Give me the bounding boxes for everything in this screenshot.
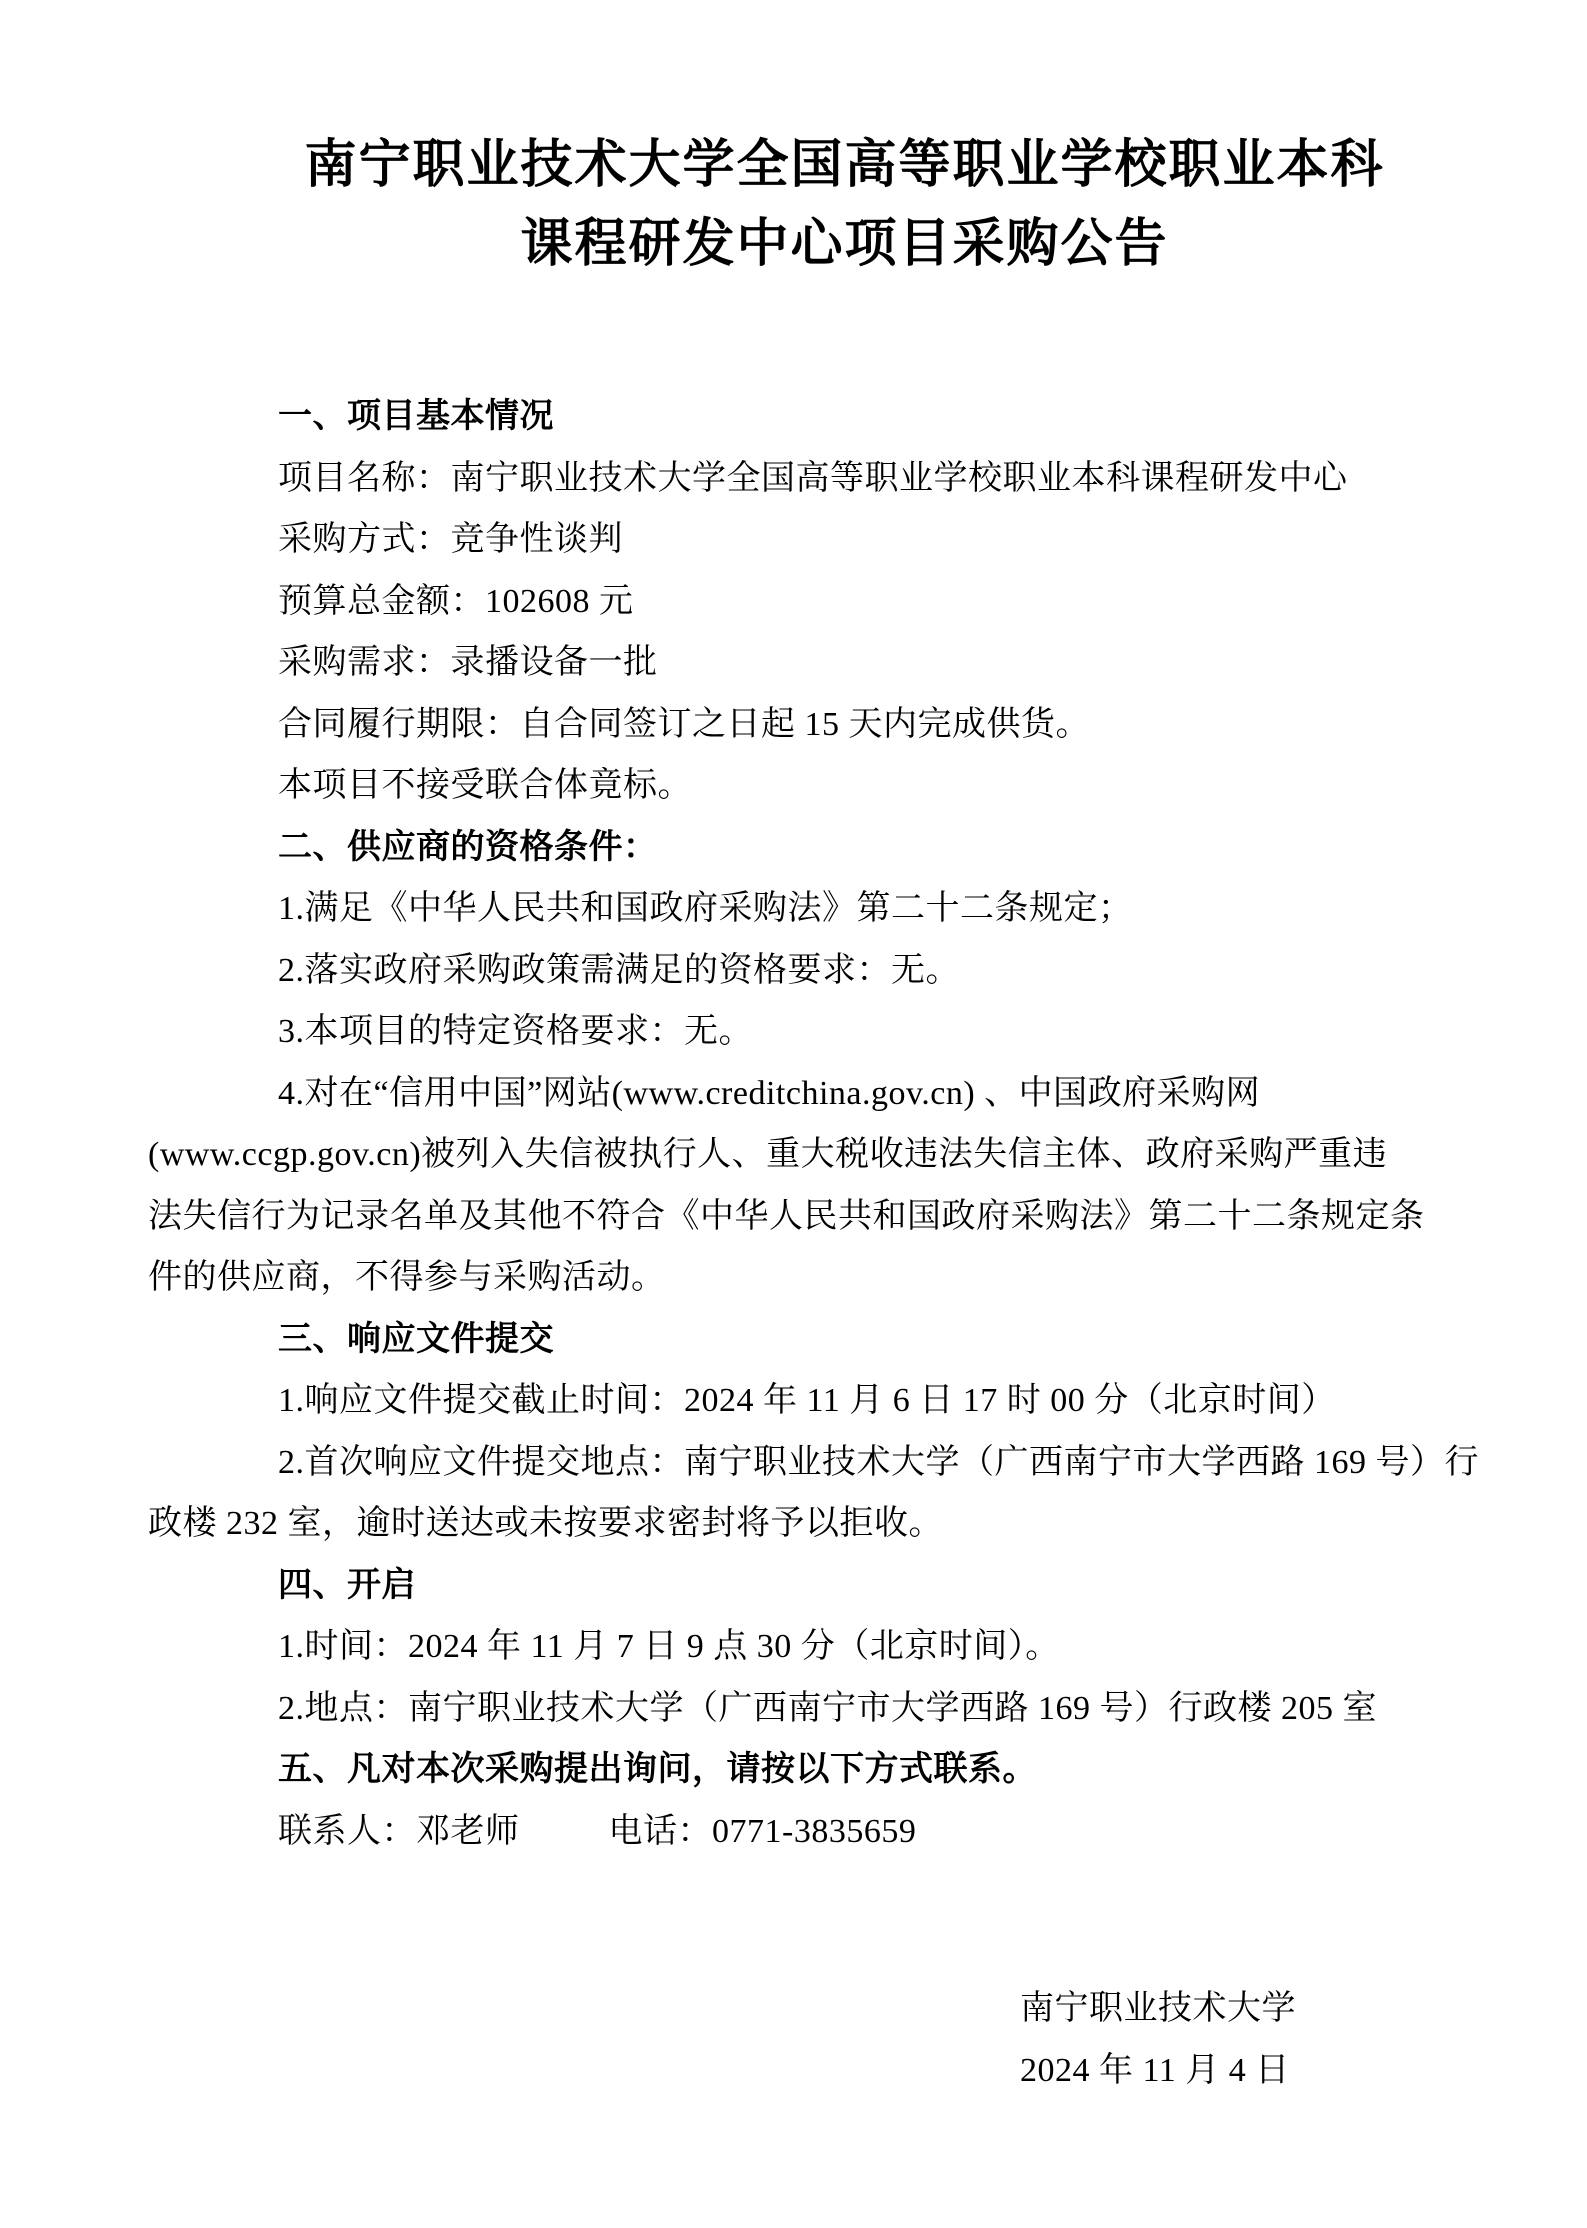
qualification-item-1: 1.满足《中华人民共和国政府采购法》第二十二条规定；: [148, 878, 1440, 940]
submission-place-line-2: 政楼 232 室，逾时送达或未按要求密封将予以拒收。: [148, 1493, 1440, 1555]
signature-block: 南宁职业技术大学 2024 年 11 月 4 日: [1020, 1978, 1286, 2102]
contact-line: 联系人：邓老师 电话：0771-3835659: [148, 1801, 1440, 1863]
opening-place-line: 2.地点：南宁职业技术大学（广西南宁市大学西路 169 号）行政楼 205 室: [148, 1678, 1440, 1740]
contact-phone: 电话：0771-3835659: [609, 1813, 917, 1850]
qualification-item-3: 3.本项目的特定资格要求：无。: [148, 1001, 1440, 1063]
document-body: 一、项目基本情况 项目名称：南宁职业技术大学全国高等职业学校职业本科课程研发中心…: [148, 386, 1440, 1862]
budget-total-line: 预算总金额：102608 元: [148, 571, 1440, 633]
title-line-2: 课程研发中心项目采购公告: [102, 205, 1587, 284]
section-2-heading: 二、供应商的资格条件：: [148, 817, 1440, 879]
qualification-item-4-line-1: 4.对在“信用中国”网站(www.creditchina.gov.cn) 、中国…: [148, 1063, 1440, 1125]
section-5-heading: 五、凡对本次采购提出询问，请按以下方式联系。: [148, 1739, 1440, 1801]
qualification-item-4-line-2: (www.ccgp.gov.cn)被列入失信被执行人、重大税收违法失信主体、政府…: [148, 1124, 1440, 1186]
contact-person: 联系人：邓老师: [278, 1813, 520, 1850]
submission-deadline-line: 1.响应文件提交截止时间：2024 年 11 月 6 日 17 时 00 分（北…: [148, 1370, 1440, 1432]
document-title: 南宁职业技术大学全国高等职业学校职业本科 课程研发中心项目采购公告: [0, 126, 1587, 284]
qualification-item-4-line-3: 法失信行为记录名单及其他不符合《中华人民共和国政府采购法》第二十二条规定条: [148, 1186, 1440, 1248]
contract-period-line: 合同履行期限：自合同签订之日起 15 天内完成供货。: [148, 694, 1440, 756]
title-line-1: 南宁职业技术大学全国高等职业学校职业本科: [102, 126, 1587, 205]
procurement-method-line: 采购方式：竞争性谈判: [148, 509, 1440, 571]
section-3-heading: 三、响应文件提交: [148, 1309, 1440, 1371]
procurement-demand-line: 采购需求：录播设备一批: [148, 632, 1440, 694]
signature-date: 2024 年 11 月 4 日: [1020, 2040, 1286, 2102]
procurement-notice-page: 南宁职业技术大学全国高等职业学校职业本科 课程研发中心项目采购公告 一、项目基本…: [0, 0, 1587, 2228]
qualification-item-2: 2.落实政府采购政策需满足的资格要求：无。: [148, 940, 1440, 1002]
section-4-heading: 四、开启: [148, 1555, 1440, 1617]
no-consortium-line: 本项目不接受联合体竟标。: [148, 755, 1440, 817]
signature-organization: 南宁职业技术大学: [1020, 1978, 1286, 2040]
submission-place-line-1: 2.首次响应文件提交地点：南宁职业技术大学（广西南宁市大学西路 169 号）行: [148, 1432, 1440, 1494]
section-1-heading: 一、项目基本情况: [148, 386, 1440, 448]
qualification-item-4-line-4: 件的供应商，不得参与采购活动。: [148, 1247, 1440, 1309]
project-name-line: 项目名称：南宁职业技术大学全国高等职业学校职业本科课程研发中心: [148, 448, 1440, 510]
opening-time-line: 1.时间：2024 年 11 月 7 日 9 点 30 分（北京时间）。: [148, 1616, 1440, 1678]
